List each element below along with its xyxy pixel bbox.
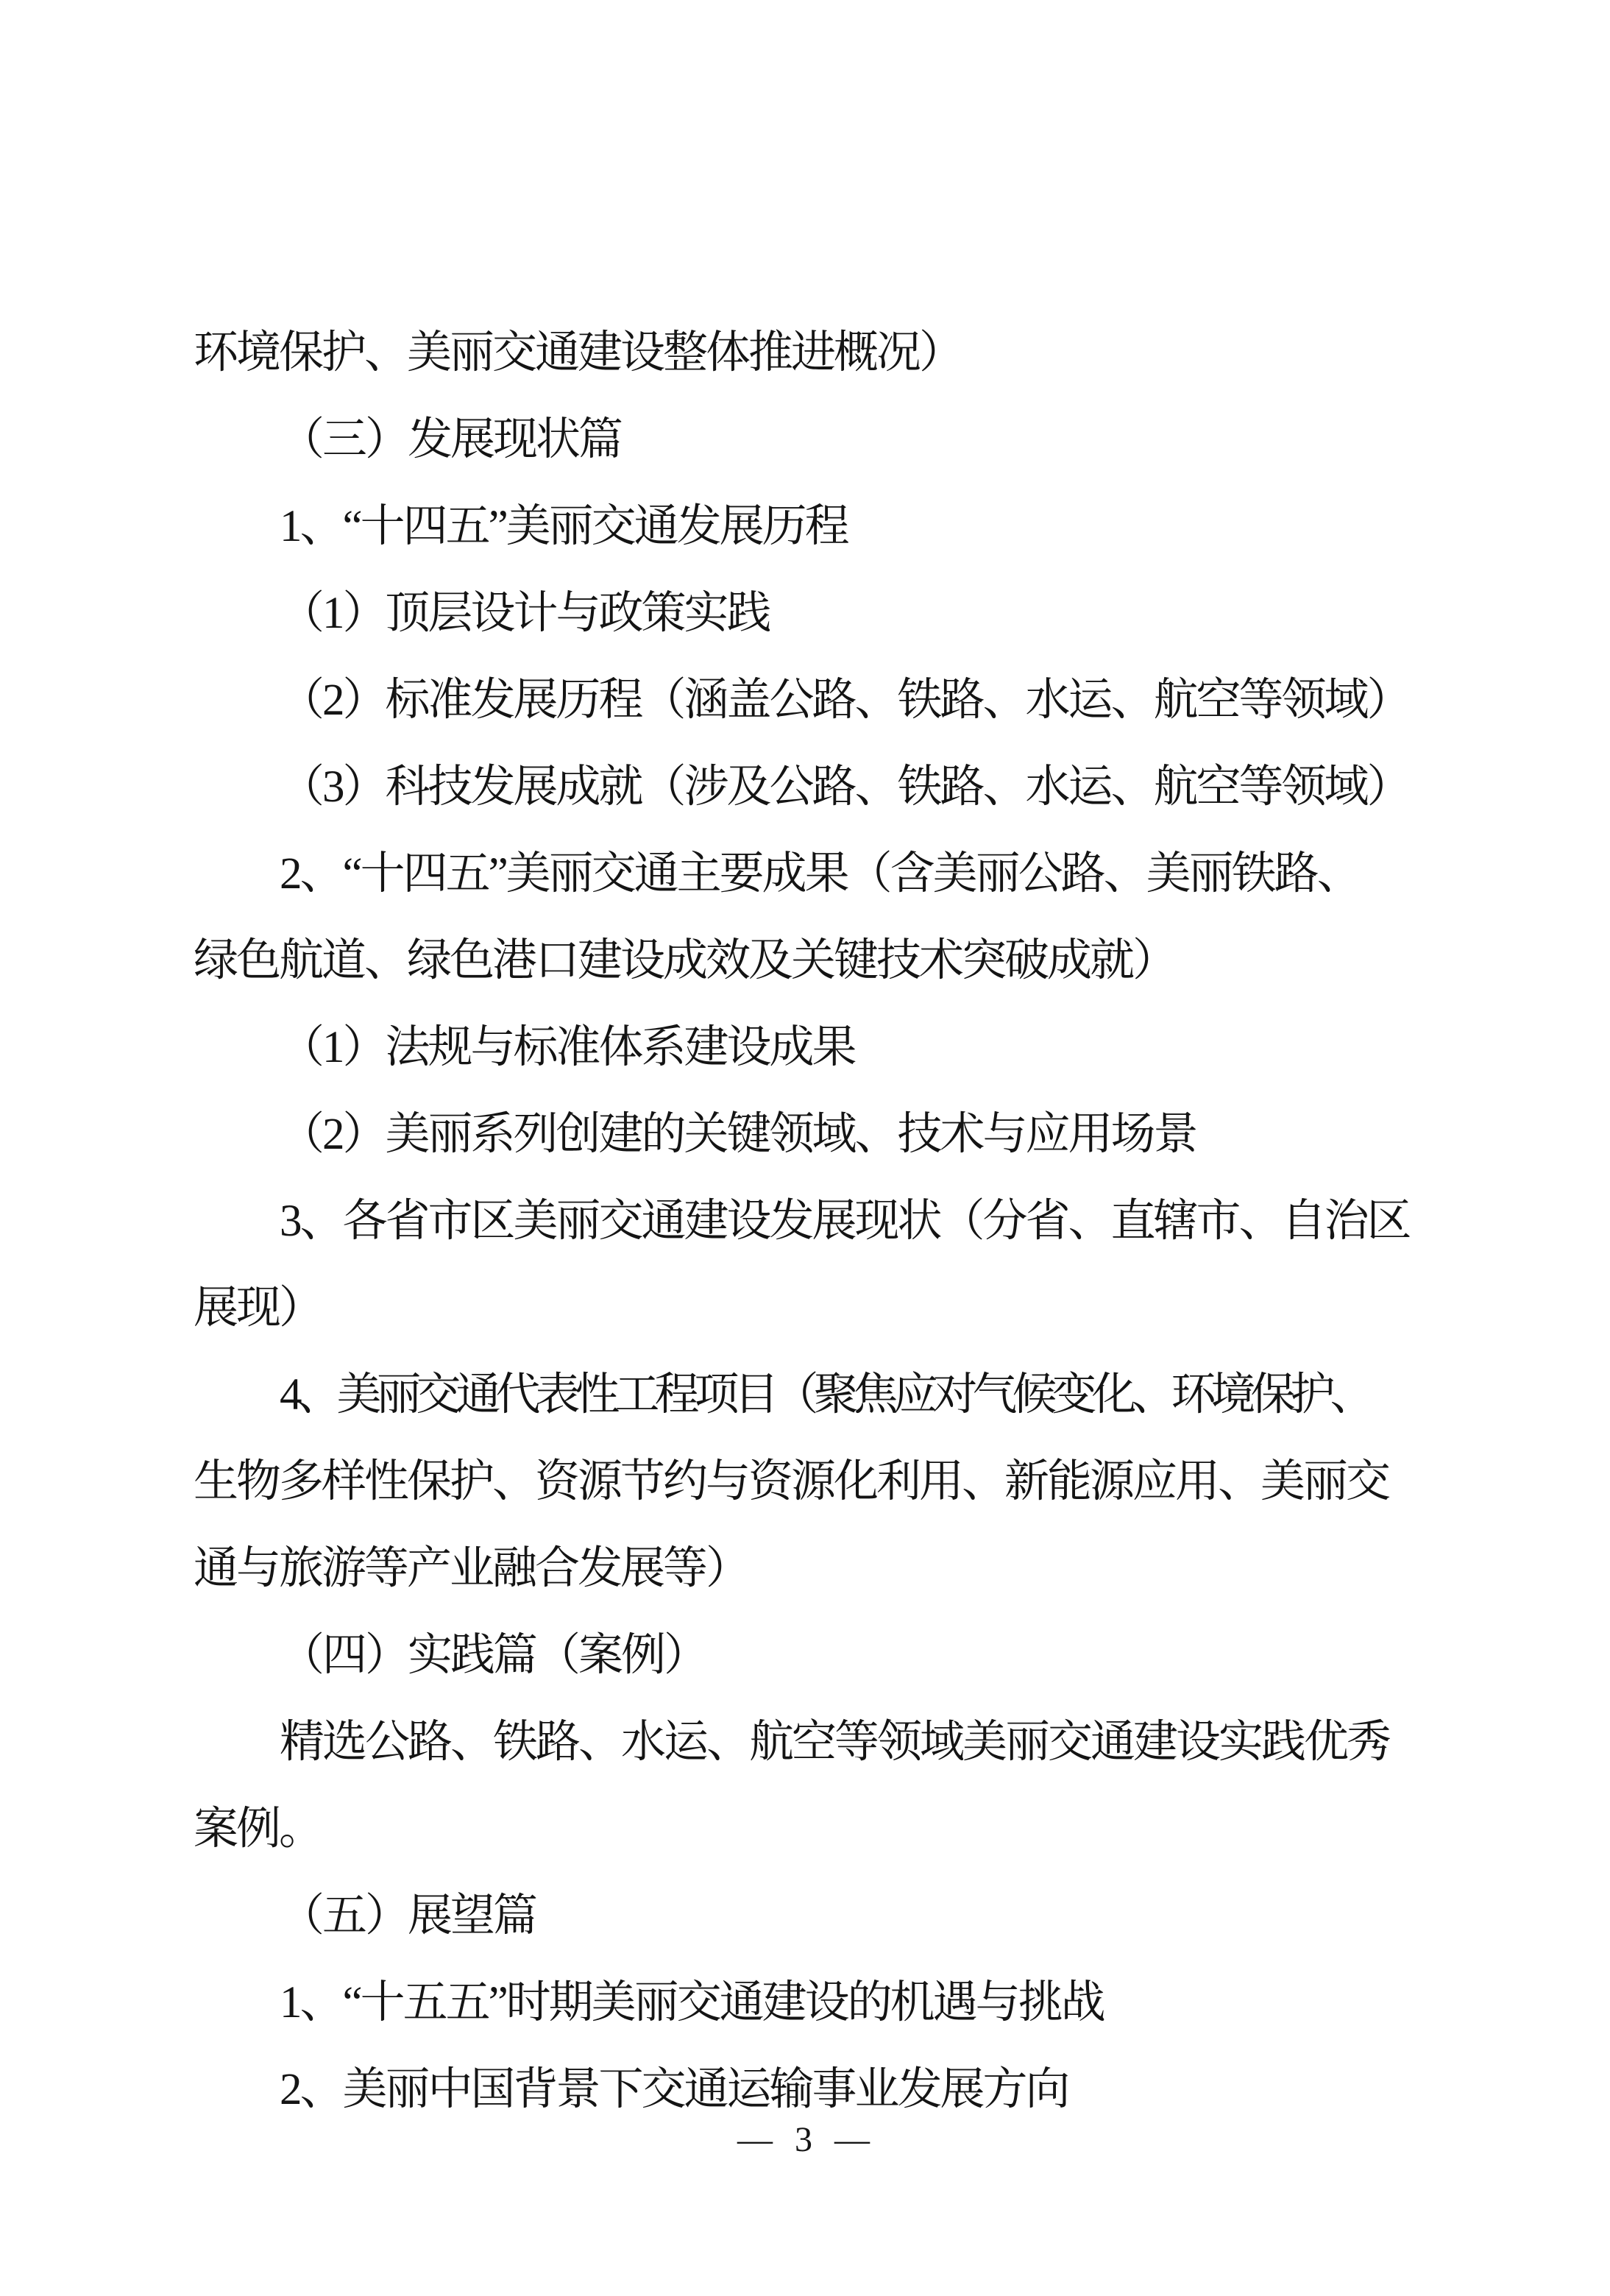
text-line: （1）法规与标准体系建设成果 (280, 1005, 1410, 1091)
text-line: 4、美丽交通代表性工程项目（聚焦应对气候变化、环境保护、 (280, 1352, 1410, 1439)
document-page: 环境保护、美丽交通建设整体推进概况）（三）发展现状篇1、“十四五”美丽交通发展历… (0, 0, 1610, 2296)
text-line: 环境保护、美丽交通建设整体推进概况） (194, 310, 1410, 397)
text-line: （四）实践篇（案例） (280, 1612, 1410, 1699)
text-line: 生物多样性保护、资源节约与资源化利用、新能源应用、美丽交 (194, 1439, 1410, 1526)
text-line: 2、“十四五”美丽交通主要成果（含美丽公路、美丽铁路、 (280, 831, 1410, 918)
text-line: （1）顶层设计与政策实践 (280, 570, 1410, 657)
text-line: 通与旅游等产业融合发展等） (194, 1526, 1410, 1612)
text-line: 案例。 (194, 1786, 1410, 1873)
text-line: 精选公路、铁路、水运、航空等领域美丽交通建设实践优秀 (280, 1699, 1410, 1786)
text-line: （3）科技发展成就（涉及公路、铁路、水运、航空等领域） (280, 744, 1410, 831)
text-line: （2）标准发展历程（涵盖公路、铁路、水运、航空等领域） (280, 657, 1410, 744)
text-line: （五）展望篇 (280, 1873, 1410, 1960)
text-line: 1、“十五五”时期美丽交通建设的机遇与挑战 (280, 1960, 1410, 2047)
text-line: （三）发展现状篇 (280, 397, 1410, 483)
text-line: 展现） (194, 1265, 1410, 1352)
page-number-footer: — 3 — (0, 2113, 1610, 2166)
text-line: 1、“十四五”美丽交通发展历程 (280, 483, 1410, 570)
document-body: 环境保护、美丽交通建设整体推进概况）（三）发展现状篇1、“十四五”美丽交通发展历… (194, 310, 1410, 2133)
text-line: 绿色航道、绿色港口建设成效及关键技术突破成就） (194, 918, 1410, 1005)
text-line: （2）美丽系列创建的关键领域、技术与应用场景 (280, 1091, 1410, 1178)
text-line: 3、各省市区美丽交通建设发展现状（分省、直辖市、自治区 (280, 1178, 1410, 1265)
